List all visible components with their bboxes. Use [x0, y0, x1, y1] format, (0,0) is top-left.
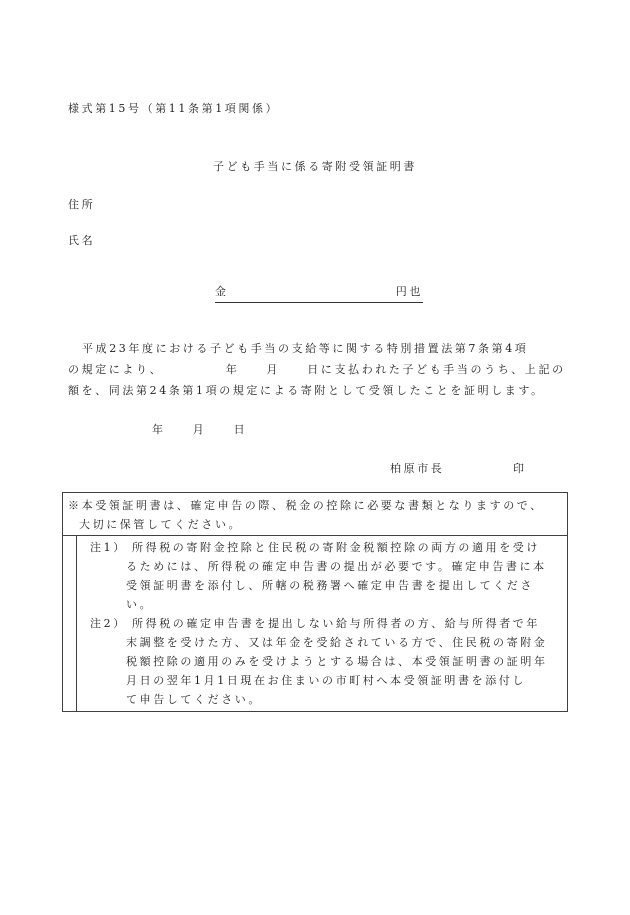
note-line: るためには、所得税の確定申告書の提出が必要です。確定申告書に本 [126, 557, 563, 576]
note-line: 所得税の確定申告書を提出しない給与所得者の方、給与所得者で年 [126, 614, 563, 633]
note-line: い。 [126, 595, 563, 614]
page-title: 子ども手当に係る寄附受領証明書 [0, 158, 630, 174]
note-text: 所得税の確定申告書を提出しない給与所得者の方、給与所得者で年 末調整を受けた方、… [126, 614, 563, 709]
amount-suffix: 円也 [396, 283, 423, 299]
note-label: 注2） [90, 614, 126, 633]
note-text: 所得税の寄附金控除と住民税の寄附金税額控除の両方の適用を受け るためには、所得税… [126, 538, 563, 614]
name-label: 氏名 [68, 232, 95, 248]
amount-prefix: 金 [215, 283, 229, 299]
note-line: 受領証明書を添付し、所轄の税務署へ確定申告書を提出してくださ [126, 576, 563, 595]
notice-headline-line: ※本受領証明書は、確定申告の際、税金の控除に必要な書類となりますので、 [68, 496, 562, 515]
note-item-1: 注1） 所得税の寄附金控除と住民税の寄附金税額控除の両方の適用を受け るためには… [90, 538, 563, 614]
notice-box: ※本受領証明書は、確定申告の際、税金の控除に必要な書類となりますので、 大切に保… [62, 492, 568, 712]
form-number: 様式第15号（第11条第1項関係） [68, 100, 279, 116]
amount-underline-field: 金 円也 [215, 283, 423, 303]
seal-mark: 印 [513, 460, 527, 476]
date-placeholder: 年 月 日 [152, 421, 247, 437]
note-label: 注1） [90, 538, 126, 557]
notice-headline: ※本受領証明書は、確定申告の際、税金の控除に必要な書類となりますので、 大切に保… [63, 493, 567, 535]
body-line: の規定により、 年 月 日に支払われた子ども手当のうち、上記の [68, 359, 580, 380]
body-line: 額を、同法第24条第1項の規定による寄附として受領したことを証明します。 [68, 380, 580, 401]
issuer-name: 柏原市長 [390, 460, 444, 476]
note-line: 税額控除の適用のみを受けようとする場合は、本受領証明書の証明年 [126, 652, 563, 671]
note-line: 所得税の寄附金控除と住民税の寄附金税額控除の両方の適用を受け [126, 538, 563, 557]
note-line: 末調整を受けた方、又は年金を受給されている方で、住民税の寄附金 [126, 633, 563, 652]
notice-headline-line: 大切に保管してください。 [68, 515, 562, 534]
certification-paragraph: 平成23年度における子ども手当の支給等に関する特別措置法第7条第4項 の規定によ… [68, 338, 580, 401]
note-line: 月日の翌年1月1日現在お住まいの市町村へ本受領証明書を添付し [126, 671, 563, 690]
notice-notes-section: 注1） 所得税の寄附金控除と住民税の寄附金税額控除の両方の適用を受け るためには… [63, 535, 567, 711]
body-line: 平成23年度における子ども手当の支給等に関する特別措置法第7条第4項 [68, 338, 580, 359]
document-page: 様式第15号（第11条第1項関係） 子ども手当に係る寄附受領証明書 住所 氏名 … [0, 0, 630, 915]
note-item-2: 注2） 所得税の確定申告書を提出しない給与所得者の方、給与所得者で年 末調整を受… [90, 614, 563, 709]
notice-notes-cell: 注1） 所得税の寄附金控除と住民税の寄附金税額控除の両方の適用を受け るためには… [76, 536, 567, 711]
note-line: て申告してください。 [126, 690, 563, 709]
address-label: 住所 [68, 196, 95, 212]
